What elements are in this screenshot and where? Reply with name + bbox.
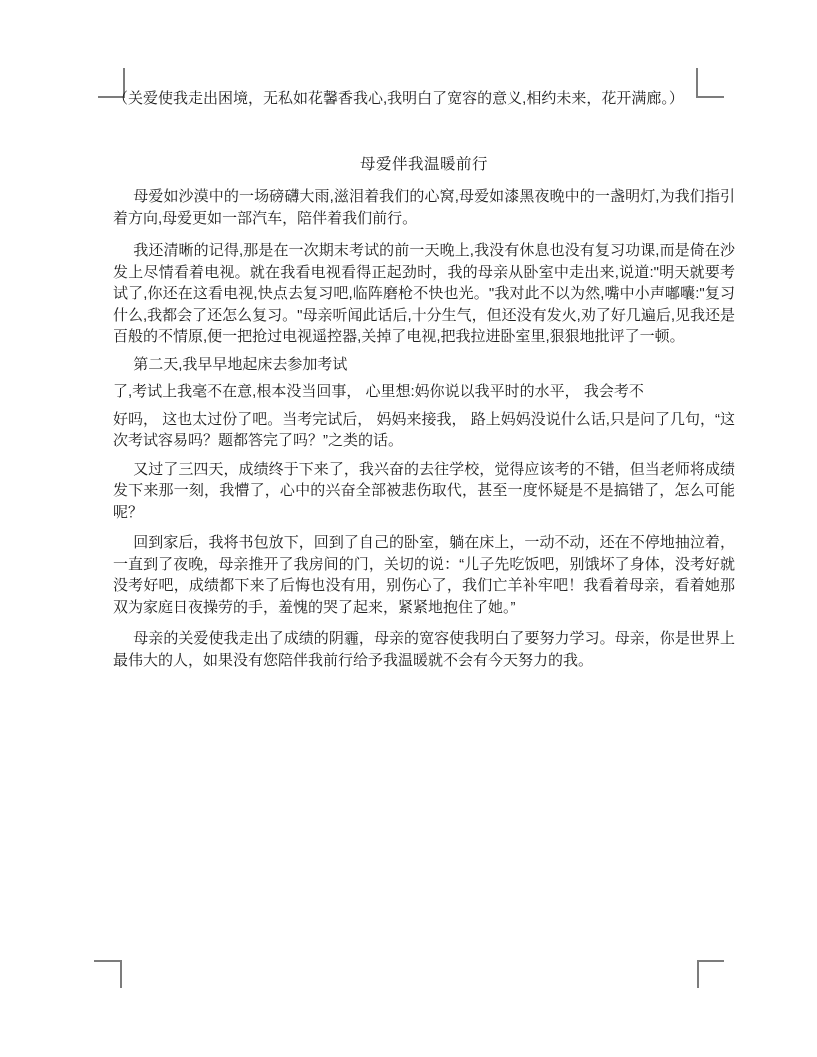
essay-body: （关爱使我走出困境，无私如花馨香我心,我明白了宽容的意义,相约未来，花开满廊。）… bbox=[113, 88, 735, 671]
essay-paragraph: 回到家后，我将书包放下，回到了自己的卧室，躺在床上，一动不动，还在不停地抽泣着，… bbox=[113, 532, 735, 618]
essay-title: 母爱伴我温暖前行 bbox=[113, 154, 735, 176]
essay-paragraph: 好吗， 这也太过份了吧。当考完试后， 妈妈来接我， 路上妈妈没说什么话,只是问了… bbox=[113, 409, 735, 452]
document-page: （关爱使我走出困境，无私如花馨香我心,我明白了宽容的意义,相约未来，花开满廊。）… bbox=[0, 0, 817, 1057]
crop-mark-bottom-left-icon bbox=[94, 960, 122, 988]
preface-note: （关爱使我走出困境，无私如花馨香我心,我明白了宽容的意义,相约未来，花开满廊。） bbox=[113, 88, 735, 110]
essay-paragraph: 第二天,我早早地起床去参加考试 bbox=[113, 354, 735, 376]
essay-paragraph: 母亲的关爱使我走出了成绩的阴霾，母亲的宽容使我明白了要努力学习。母亲，你是世界上… bbox=[113, 628, 735, 671]
essay-paragraph: 了,考试上我毫不在意,根本没当回事， 心里想:妈你说以我平时的水平， 我会考不 bbox=[113, 381, 735, 403]
crop-mark-bottom-right-icon bbox=[697, 960, 724, 988]
essay-paragraph: 母爱如沙漠中的一场磅礴大雨,滋泪着我们的心窝,母爱如漆黑夜晚中的一盏明灯,为我们… bbox=[113, 186, 735, 229]
essay-paragraph: 我还清晰的记得,那是在一次期末考试的前一天晚上,我没有休息也没有复习功课,而是倚… bbox=[113, 240, 735, 348]
essay-paragraph: 又过了三四天，成绩终于下来了，我兴奋的去往学校，觉得应该考的不错，但当老师将成绩… bbox=[113, 459, 735, 524]
